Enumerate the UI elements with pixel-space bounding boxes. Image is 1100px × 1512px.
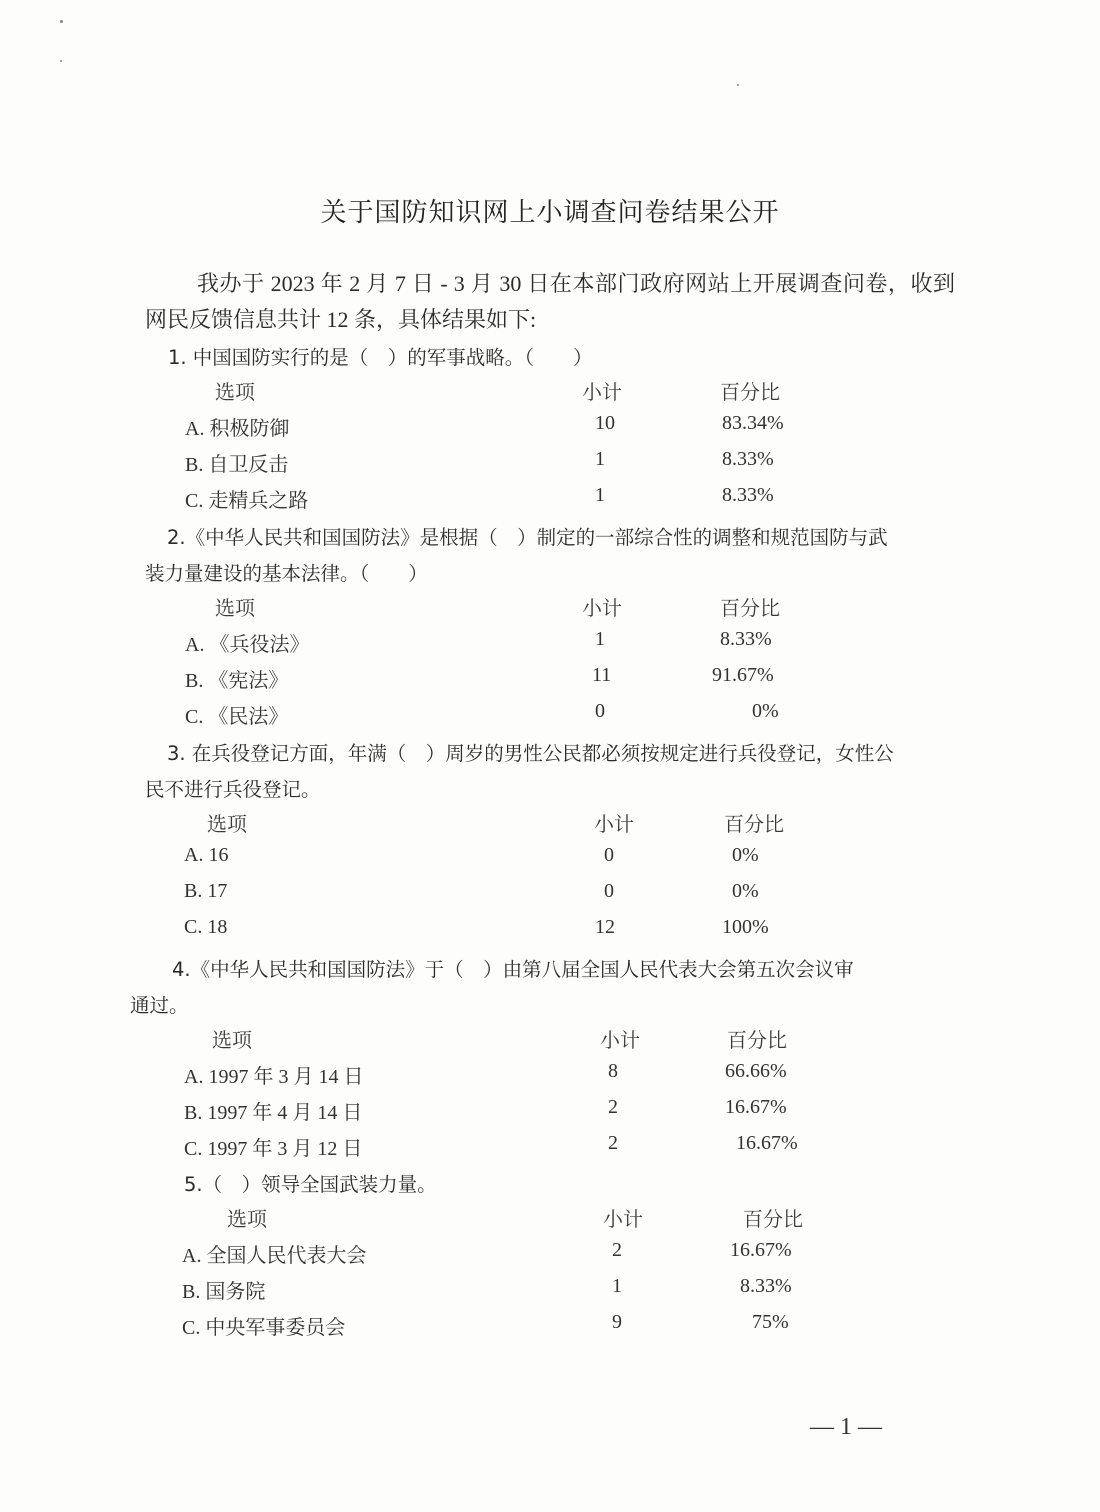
scan-speck [60,60,62,62]
header-count: 小计 [594,808,634,837]
header-count: 小计 [600,1024,640,1053]
scan-speck [60,20,63,23]
option-label: B. 《宪法》 [185,664,288,693]
table-row: C. 18 12 100% [0,916,1100,952]
table-header: 选项 小计 百分比 [0,376,1100,412]
header-count: 小计 [582,376,622,405]
table-header: 选项 小计 百分比 [0,592,1100,628]
option-count: 10 [595,412,615,435]
intro-paragraph: 我办于 2023 年 2 月 7 日 - 3 月 30 日在本部门政府网站上开展… [145,266,955,338]
table-row: B. 《宪法》 11 91.67% [0,664,1100,700]
question-line: 民不进行兵役登记。 [145,772,965,808]
document-page: 关于国防知识网上小调查问卷结果公开 我办于 2023 年 2 月 7 日 - 3… [0,0,1100,1512]
option-percent: 16.67% [730,1239,792,1262]
question-line: 1. 中国国防实行的是（ ）的军事战略。（ ） [168,340,593,376]
option-percent: 0% [732,880,759,903]
table-row: A. 积极防御 10 83.34% [0,412,1100,448]
question-line: 4.《中华人民共和国国防法》于（ ）由第八届全国人民代表大会第五次会议审 [130,952,970,988]
document-title: 关于国防知识网上小调查问卷结果公开 [0,192,1100,229]
option-label: C. 1997 年 3 月 12 日 [184,1132,362,1161]
option-label: B. 自卫反击 [185,448,288,477]
table-header: 选项 小计 百分比 [0,1024,1100,1060]
scan-speck [737,84,739,86]
option-count: 2 [612,1239,622,1262]
header-option: 选项 [227,1203,267,1232]
page-number: — 1 — [810,1414,882,1441]
table-header: 选项 小计 百分比 [0,1203,1100,1239]
option-count: 11 [592,664,611,687]
question-line: 通过。 [130,988,970,1024]
option-label: C. 中央军事委员会 [182,1311,345,1340]
header-percent: 百分比 [743,1203,803,1232]
header-count: 小计 [603,1203,643,1232]
table-row: B. 1997 年 4 月 14 日 2 16.67% [0,1096,1100,1132]
option-count: 1 [595,628,605,651]
option-percent: 83.34% [722,412,784,435]
question-1-text: 1. 中国国防实行的是（ ）的军事战略。（ ） [168,340,593,376]
option-percent: 16.67% [725,1096,787,1119]
option-count: 2 [608,1132,618,1155]
option-count: 12 [595,916,615,939]
question-line: 装力量建设的基本法律。（ ） [145,556,965,592]
option-count: 1 [612,1275,622,1298]
header-percent: 百分比 [720,592,780,621]
option-percent: 8.33% [720,628,772,651]
option-percent: 16.67% [736,1132,798,1155]
header-percent: 百分比 [727,1024,787,1053]
table-row: B. 国务院 1 8.33% [0,1275,1100,1311]
table-row: C. 1997 年 3 月 12 日 2 16.67% [0,1132,1100,1168]
option-label: B. 国务院 [182,1275,265,1304]
option-count: 0 [604,844,614,867]
option-label: C. 18 [184,916,227,939]
header-option: 选项 [215,592,255,621]
option-label: A. 全国人民代表大会 [182,1239,366,1268]
question-3-text: 3. 在兵役登记方面，年满（ ）周岁的男性公民都必须按规定进行兵役登记，女性公 … [145,736,965,808]
option-count: 0 [595,700,605,723]
option-percent: 8.33% [740,1275,792,1298]
option-count: 9 [612,1311,622,1334]
option-percent: 91.67% [712,664,774,687]
question-2-text: 2.《中华人民共和国国防法》是根据（ ）制定的一部综合性的调整和规范国防与武 装… [145,520,965,592]
option-percent: 8.33% [722,484,774,507]
table-row: A. 16 0 0% [0,844,1100,880]
option-label: B. 17 [184,880,227,903]
table-row: A. 《兵役法》 1 8.33% [0,628,1100,664]
question-line: 5.（ ）领导全国武装力量。 [184,1167,437,1203]
option-label: A. 16 [184,844,228,867]
header-count: 小计 [582,592,622,621]
header-option: 选项 [212,1024,252,1053]
option-percent: 0% [752,700,779,723]
option-label: A. 《兵役法》 [185,628,309,657]
question-line: 2.《中华人民共和国国防法》是根据（ ）制定的一部综合性的调整和规范国防与武 [145,520,965,556]
table-row: A. 全国人民代表大会 2 16.67% [0,1239,1100,1275]
table-row: A. 1997 年 3 月 14 日 8 66.66% [0,1060,1100,1096]
question-line: 3. 在兵役登记方面，年满（ ）周岁的男性公民都必须按规定进行兵役登记，女性公 [145,736,965,772]
option-percent: 8.33% [722,448,774,471]
table-row: B. 17 0 0% [0,880,1100,916]
table-row: C. 走精兵之路 1 8.33% [0,484,1100,520]
table-row: B. 自卫反击 1 8.33% [0,448,1100,484]
header-option: 选项 [207,808,247,837]
option-count: 8 [608,1060,618,1083]
option-count: 1 [595,484,605,507]
table-row: C. 《民法》 0 0% [0,700,1100,736]
option-percent: 100% [722,916,769,939]
option-label: C. 《民法》 [185,700,288,729]
option-label: B. 1997 年 4 月 14 日 [184,1096,362,1125]
table-header: 选项 小计 百分比 [0,808,1100,844]
option-count: 0 [604,880,614,903]
header-option: 选项 [215,376,255,405]
option-percent: 0% [732,844,759,867]
question-4-text: 4.《中华人民共和国国防法》于（ ）由第八届全国人民代表大会第五次会议审 通过。 [130,952,970,1024]
option-percent: 66.66% [725,1060,787,1083]
option-label: A. 1997 年 3 月 14 日 [184,1060,363,1089]
header-percent: 百分比 [720,376,780,405]
option-count: 1 [595,448,605,471]
header-percent: 百分比 [724,808,784,837]
question-5-text: 5.（ ）领导全国武装力量。 [184,1167,437,1203]
table-row: C. 中央军事委员会 9 75% [0,1311,1100,1347]
option-label: A. 积极防御 [185,412,289,441]
option-count: 2 [608,1096,618,1119]
option-percent: 75% [752,1311,789,1334]
option-label: C. 走精兵之路 [185,484,308,513]
